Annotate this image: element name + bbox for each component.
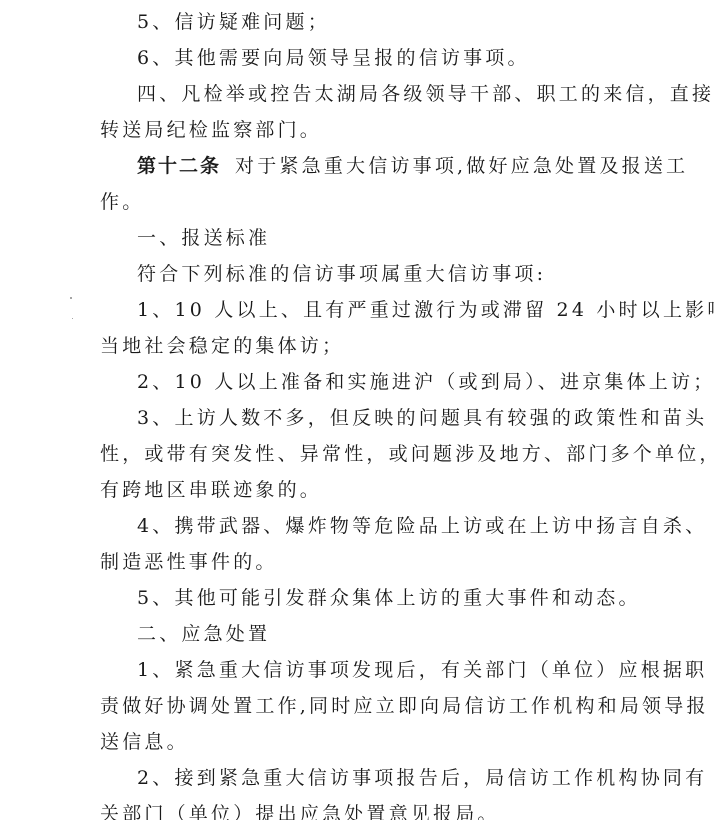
subsection-2-heading: 二、应急处置 — [137, 622, 270, 646]
subsection-1-heading: 一、报送标准 — [137, 226, 270, 250]
article-12-text: 对于紧急重大信访事项,做好应急处置及报送工 — [235, 155, 688, 177]
article-12-continuation: 作。 — [100, 190, 144, 214]
document-page: 5、信访疑难问题； 6、其他需要向局领导呈报的信访事项。 四、凡检举或控告太湖局… — [0, 0, 714, 820]
criterion-2: 2、10 人以上准备和实施进沪（或到局）、进京集体上访； — [137, 370, 714, 394]
criterion-5: 5、其他可能引发群众集体上访的重大事件和动态。 — [137, 586, 641, 610]
article-12-heading: 第十二条对于紧急重大信访事项,做好应急处置及报送工 — [137, 154, 688, 178]
emergency-step-1-line-3: 送信息。 — [100, 730, 189, 754]
article-label: 第十二条 — [137, 155, 221, 177]
item-6-other-matters: 6、其他需要向局领导呈报的信访事项。 — [137, 46, 530, 70]
section-4-paragraph-line-2: 转送局纪检监察部门。 — [100, 118, 322, 142]
section-4-paragraph-line-1: 四、凡检举或控告太湖局各级领导干部、职工的来信，直接 — [137, 82, 714, 106]
emergency-step-1-line-2: 责做好协调处置工作,同时应立即向局信访工作机构和局领导报 — [100, 694, 709, 718]
criterion-3-line-2: 性，或带有突发性、异常性，或问题涉及地方、部门多个单位， — [100, 442, 714, 466]
emergency-step-1-line-1: 1、紧急重大信访事项发现后，有关部门（单位）应根据职 — [137, 658, 707, 682]
emergency-step-2-line-1: 2、接到紧急重大信访事项报告后，局信访工作机构协同有 — [137, 766, 707, 790]
criterion-1-line-1: 1、10 人以上、且有严重过激行为或滞留 24 小时以上影响 — [137, 298, 714, 322]
criterion-1-line-2: 当地社会稳定的集体访； — [100, 334, 344, 358]
scan-speck — [72, 318, 73, 319]
criterion-3-line-3: 有跨地区串联迹象的。 — [100, 478, 322, 502]
criteria-intro: 符合下列标准的信访事项属重大信访事项: — [137, 262, 546, 286]
criterion-3-line-1: 3、上访人数不多，但反映的问题具有较强的政策性和苗头 — [137, 406, 707, 430]
item-5-difficult-issues: 5、信访疑难问题； — [137, 10, 330, 34]
criterion-4-line-2: 制造恶性事件的。 — [100, 550, 278, 574]
criterion-4-line-1: 4、携带武器、爆炸物等危险品上访或在上访中扬言自杀、 — [137, 514, 707, 538]
scan-speck — [70, 297, 72, 299]
emergency-step-2-line-2: 关部门（单位）提出应急处置意见报局。 — [100, 802, 500, 820]
